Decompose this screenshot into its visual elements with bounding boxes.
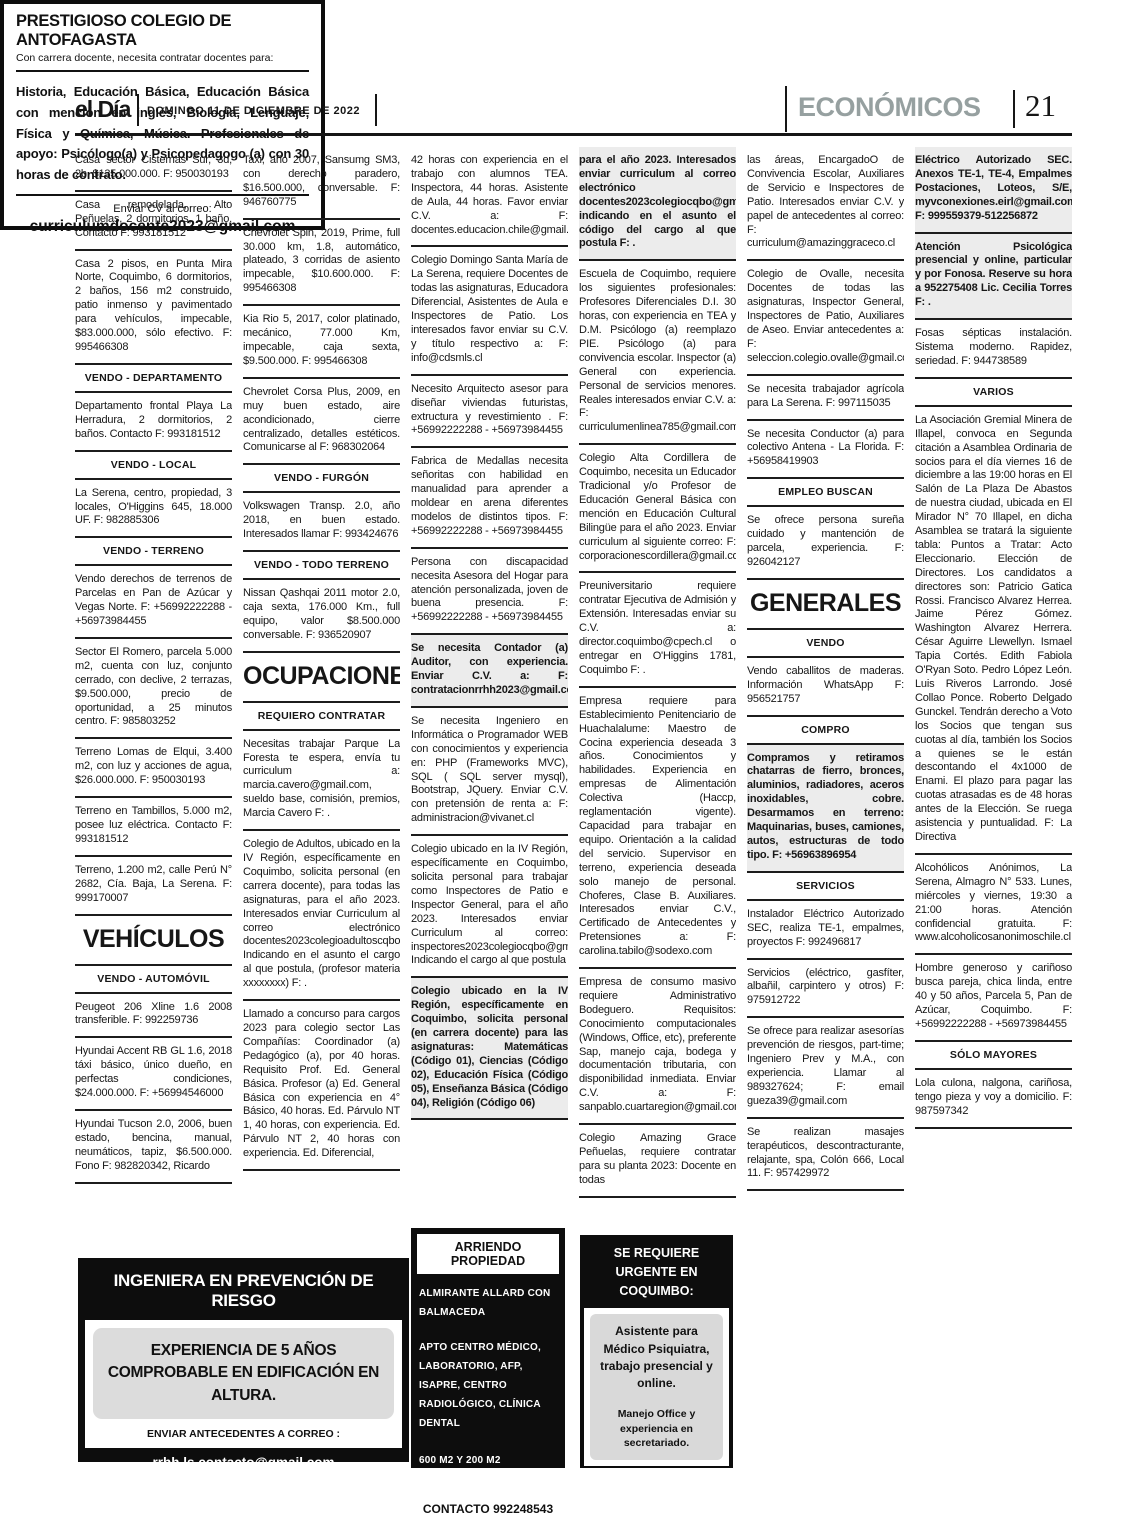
classified-ad: Terreno, 1.200 m2, calle Perú N° 2682, C… xyxy=(75,857,232,916)
category-header: COMPRO xyxy=(747,717,904,745)
section-header: OCUPACIONES xyxy=(243,653,400,703)
header-divider xyxy=(137,94,139,126)
classified-ad: Nissan Qashqai 2011 motor 2.0, caja sext… xyxy=(243,580,400,653)
header-divider xyxy=(375,94,377,126)
section-title: ECONÓMICOS xyxy=(798,92,981,123)
classified-ad: Kia Rio 5, 2017, color platinado, mecáni… xyxy=(243,306,400,379)
header-divider xyxy=(1013,90,1015,128)
classified-ad: Colegio Amazing Grace Peñuelas, requiere… xyxy=(579,1125,736,1198)
classified-ad: Se necesita Contador (a) Auditor, con ex… xyxy=(411,635,568,708)
header-vertical-rule xyxy=(785,86,787,132)
column-6: Eléctrico Autorizado SEC. Anexos TE-1, T… xyxy=(915,147,1072,1129)
issue-date: DOMINGO 11 DE DICIEMBRE DE 2022 xyxy=(147,105,360,117)
ad-footer: Interesadas enviar curriculum (debe incl… xyxy=(580,1466,733,1535)
classified-ad: Casa 2 pisos, en Punta Mira Norte, Coqui… xyxy=(75,251,232,365)
classified-ad: 42 horas con experiencia en el trabajo c… xyxy=(411,147,568,247)
classified-ad: Compramos y retiramos chatarras de fierr… xyxy=(747,745,904,873)
ad-highlight-box: Asistente para Médico Psiquiatra, trabaj… xyxy=(590,1314,723,1460)
ad-highlight-box: EXPERIENCIA DE 5 AÑOS COMPROBABLE EN EDI… xyxy=(93,1328,394,1419)
classified-ad: para el año 2023. Interesados enviar cur… xyxy=(579,147,736,261)
classified-ad: Chevrolet Corsa Plus, 2009, en muy buen … xyxy=(243,379,400,466)
ad-title: SE REQUIERE URGENTE EN COQUIMBO: xyxy=(580,1235,733,1308)
section-header: VEHÍCULOS xyxy=(75,916,232,966)
classified-ad: Se ofrece persona sureña cuidado y mante… xyxy=(747,507,904,580)
classified-ad: Fosas sépticas instalación. Sistema mode… xyxy=(915,320,1072,379)
classified-ad: Preuniversitario requiere contratar Ejec… xyxy=(579,573,736,687)
classified-ad: La Serena, centro, propiedad, 3 locales,… xyxy=(75,480,232,539)
display-ad-ingeniera: INGENIERA EN PREVENCIÓN DE RIESGO EXPERI… xyxy=(78,1258,409,1462)
classified-ad: La Asociación Gremial Minera de Illapel,… xyxy=(915,407,1072,855)
ad-main-text: Asistente para Médico Psiquiatra, trabaj… xyxy=(596,1323,717,1393)
category-header: SERVICIOS xyxy=(747,873,904,901)
column-1: Casa sector Cisternas Sur, 3d, 2b, $135.… xyxy=(75,147,232,1184)
classified-ad: Escuela de Coquimbo, requiere los siguie… xyxy=(579,261,736,445)
display-ad-urgente: SE REQUIERE URGENTE EN COQUIMBO: Asisten… xyxy=(580,1235,733,1468)
classified-ad: Colegio de Ovalle, necesita Docentes de … xyxy=(747,261,904,375)
classified-ad: Hyundai Accent RB GL 1.6, 2018 táxi bási… xyxy=(75,1038,232,1111)
section-header: GENERALES xyxy=(747,580,904,630)
category-header: EMPLEO BUSCAN xyxy=(747,479,904,507)
classified-ad: Colegio Alta Cordillera de Coquimbo, nec… xyxy=(579,445,736,573)
ad-contact: CONTACTO 992248543 xyxy=(415,1495,561,1523)
classified-ad: las áreas, EncargadoO de Convivencia Esc… xyxy=(747,147,904,261)
ad-send-label: ENVIAR ANTECEDENTES A CORREO : xyxy=(93,1419,394,1442)
classified-ad: Se necesita Conductor (a) para colectivo… xyxy=(747,421,904,480)
display-ad-arriendo: ARRIENDO PROPIEDAD ALMIRANTE ALLARD CON … xyxy=(411,1228,565,1468)
classified-ad: Necesitas trabajar Parque La Foresta te … xyxy=(243,731,400,831)
ad-title: PRESTIGIOSO COLEGIO DE ANTOFAGASTA xyxy=(16,12,309,50)
classified-ad: Alcohólicos Anónimos, La Serena, Almagro… xyxy=(915,855,1072,955)
header-rule xyxy=(75,133,1072,136)
classified-ad: Sector El Romero, parcela 5.000 m2, cuen… xyxy=(75,639,232,739)
category-header: VENDO - TODO TERRENO xyxy=(243,552,400,580)
column-3: 42 horas con experiencia en el trabajo c… xyxy=(411,147,568,1120)
classified-ad: Colegio de Adultos, ubicado en la IV Reg… xyxy=(243,831,400,1001)
ad-body: EXPERIENCIA DE 5 AÑOS COMPROBABLE EN EDI… xyxy=(85,1320,402,1448)
column-2: Taxi, año 2007, Sansumg SM3, con derecho… xyxy=(243,147,400,1171)
ad-email: rrhh.ls.contacto@gmail.com xyxy=(80,1448,407,1479)
category-header: VENDO - LOCAL xyxy=(75,452,232,480)
classified-ad: Hombre generoso y cariñoso busca pareja,… xyxy=(915,955,1072,1042)
classified-ad: Colegio ubicado en la IV Región, específ… xyxy=(411,836,568,978)
classified-ad: Se necesita Ingeniero en Informática o P… xyxy=(411,708,568,836)
ad-title: ARRIENDO PROPIEDAD xyxy=(415,1232,561,1276)
ad-subtitle: Con carrera docente, necesita contratar … xyxy=(16,52,309,72)
classified-ad: Hyundai Tucson 2.0, 2006, buen estado, b… xyxy=(75,1111,232,1184)
ad-title: INGENIERA EN PREVENCIÓN DE RIESGO xyxy=(80,1260,407,1320)
classified-ad: Casa remodelada, Alto Peñuelas, 2 dormit… xyxy=(75,192,232,251)
newspaper-logo: el Día xyxy=(75,96,130,123)
column-5: las áreas, EncargadoO de Convivencia Esc… xyxy=(747,147,904,1191)
classified-ad: Se realizan masajes terapéuticos, descon… xyxy=(747,1119,904,1192)
category-header: VARIOS xyxy=(915,379,1072,407)
classified-ad: Vendo derechos de terrenos de Parcelas e… xyxy=(75,566,232,639)
classified-ad: Peugeot 206 Xline 1.6 2008 transferible.… xyxy=(75,994,232,1039)
classified-ad: Empresa requiere para Establecimiento Pe… xyxy=(579,688,736,969)
page-number: 21 xyxy=(1025,88,1056,124)
classified-ad: Necesito Arquitecto asesor para diseñar … xyxy=(411,376,568,449)
category-header: REQUIERO CONTRATAR xyxy=(243,703,400,731)
classified-ad: Departamento frontal Playa La Herradura,… xyxy=(75,393,232,452)
column-4: para el año 2023. Interesados enviar cur… xyxy=(579,147,736,1198)
classified-ad: Instalador Eléctrico Autorizado SEC, rea… xyxy=(747,901,904,960)
ad-line: APTO CENTRO MÉDICO, LABORATORIO, AFP, IS… xyxy=(411,1334,565,1433)
ad-line: ALMIRANTE ALLARD CON BALMACEDA xyxy=(411,1280,565,1322)
classified-ad: Vendo caballitos de maderas. Información… xyxy=(747,658,904,717)
classified-ad: Casa sector Cisternas Sur, 3d, 2b, $135.… xyxy=(75,147,232,192)
classified-ad: Atención Psicológica presencial y online… xyxy=(915,234,1072,321)
classified-ad: Colegio ubicado en la IV Región, específ… xyxy=(411,978,568,1120)
category-header: VENDO - DEPARTAMENTO xyxy=(75,365,232,393)
category-header: VENDO - FURGÓN xyxy=(243,465,400,493)
newspaper-page: el Día DOMINGO 11 DE DICIEMBRE DE 2022 E… xyxy=(0,0,1142,1535)
classified-ad: Terreno Lomas de Elqui, 3.400 m2, con lu… xyxy=(75,739,232,798)
classified-ad: Taxi, año 2007, Sansumg SM3, con derecho… xyxy=(243,147,400,220)
classified-ad: Chevrolet Spin, 2019, Prime, full 30.000… xyxy=(243,220,400,307)
classified-ad: Servicios (eléctrico, gasfíter, albañil,… xyxy=(747,960,904,1019)
classified-ad: Colegio Domingo Santa María de La Serena… xyxy=(411,247,568,375)
category-header: SÓLO MAYORES xyxy=(915,1042,1072,1070)
classified-ad: Llamado a concurso para cargos 2023 para… xyxy=(243,1001,400,1171)
ad-line: 600 M2 Y 200 M2 CONSTRUIDOS xyxy=(411,1447,565,1489)
classified-ad: Lola culona, nalgona, cariñosa, tengo pi… xyxy=(915,1070,1072,1129)
ad-sub-text: Manejo Office y experiencia en secretari… xyxy=(596,1407,717,1451)
masthead: el Día DOMINGO 11 DE DICIEMBRE DE 2022 E… xyxy=(75,92,1072,132)
classified-ad: Fabrica de Medallas necesita señoritas c… xyxy=(411,448,568,548)
classified-ad: Se necesita trabajador agrícola para La … xyxy=(747,376,904,421)
ad-body: Asistente para Médico Psiquiatra, trabaj… xyxy=(584,1308,729,1466)
category-header: VENDO - TERRENO xyxy=(75,538,232,566)
category-header: VENDO - AUTOMÓVIL xyxy=(75,966,232,994)
classified-ad: Volkswagen Transp. 2.0, año 2018, en bue… xyxy=(243,493,400,552)
classified-ad: Se ofrece para realizar asesorías preven… xyxy=(747,1018,904,1118)
category-header: VENDO xyxy=(747,630,904,658)
classified-ad: Persona con discapacidad necesita Asesor… xyxy=(411,549,568,636)
classified-ad: Empresa de consumo masivo requiere Admin… xyxy=(579,969,736,1125)
classified-ad: Terreno en Tambillos, 5.000 m2, posee lu… xyxy=(75,798,232,857)
classified-ad: Eléctrico Autorizado SEC. Anexos TE-1, T… xyxy=(915,147,1072,234)
